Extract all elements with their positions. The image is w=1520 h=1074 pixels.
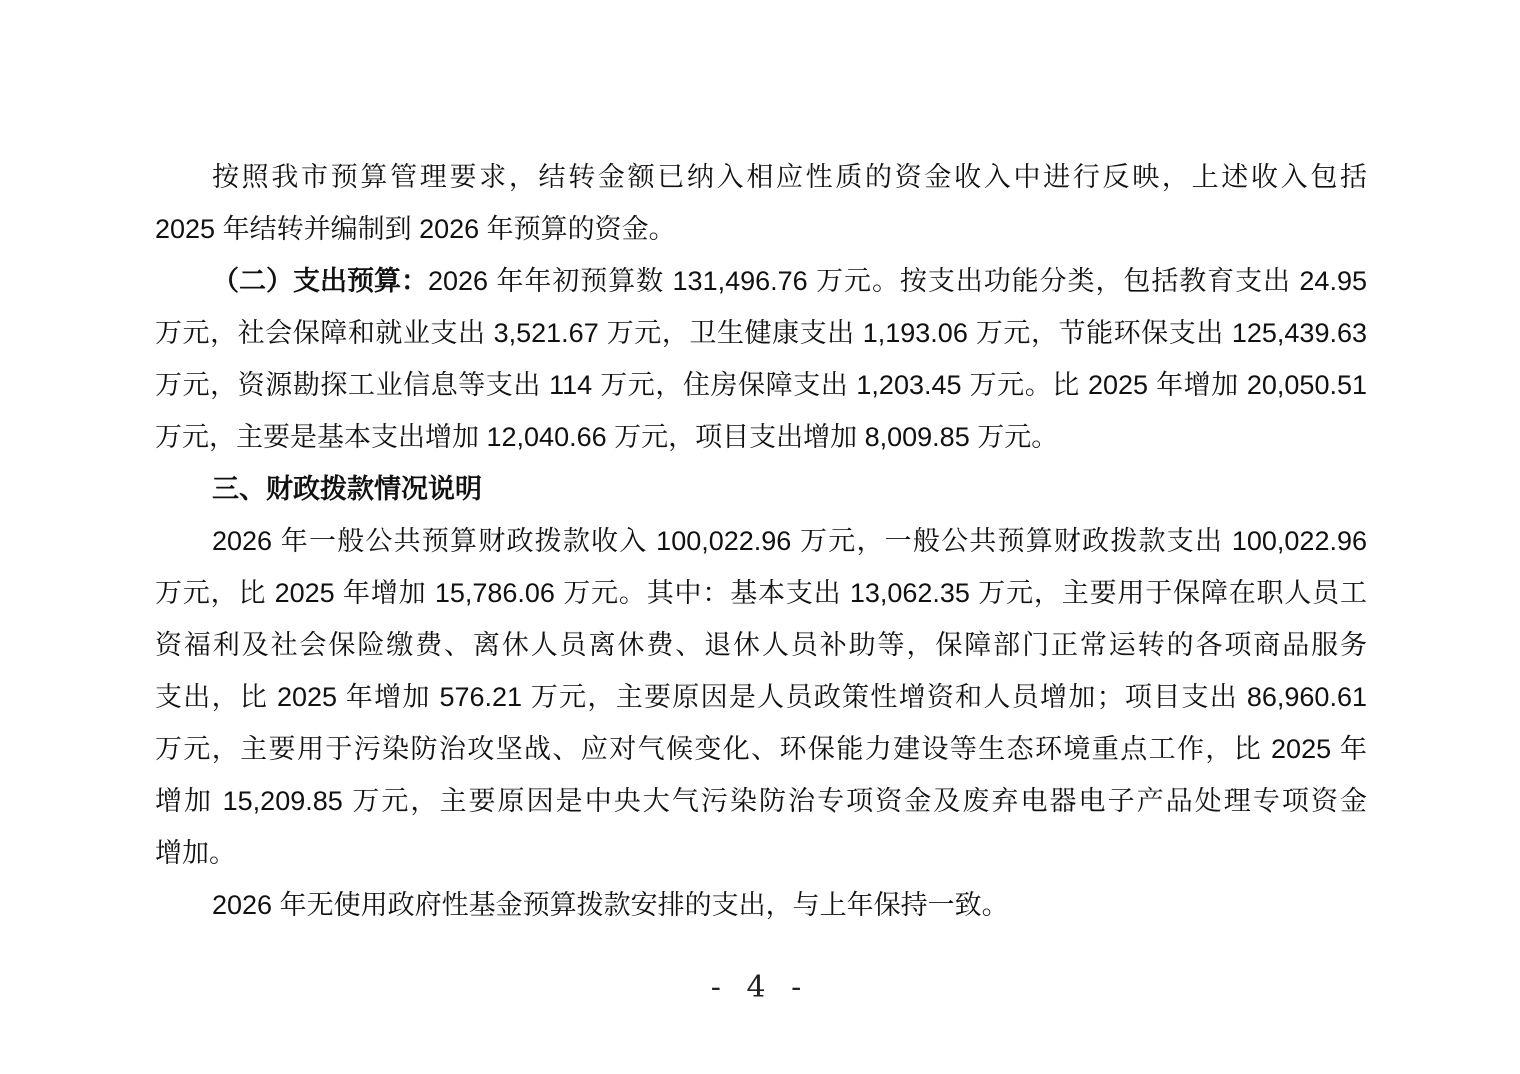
paragraph-1-line-2: 2025 年结转并编制到 2026 年预算的资金。 bbox=[155, 209, 676, 249]
paragraph-3-line-5: 万元，主要用于污染防治攻坚战、应对气候变化、环保能力建设等生态环境重点工作，比 … bbox=[155, 729, 1367, 769]
paragraph-3-line-2: 万元，比 2025 年增加 15,786.06 万元。其中：基本支出 13,06… bbox=[155, 573, 1367, 613]
paragraph-4-line-1: 2026 年无使用政府性基金预算拨款安排的支出，与上年保持一致。 bbox=[212, 885, 1367, 925]
paragraph-2-line-1-text: 2026 年年初预算数 131,496.76 万元。按支出功能分类，包括教育支出… bbox=[428, 261, 1367, 301]
paragraph-3-line-3: 资福利及社会保险缴费、离休人员离休费、退休人员补助等，保障部门正常运转的各项商品… bbox=[155, 625, 1367, 665]
paragraph-2-line-4: 万元，主要是基本支出增加 12,040.66 万元，项目支出增加 8,009.8… bbox=[155, 417, 1058, 457]
paragraph-2-line-3: 万元，资源勘探工业信息等支出 114 万元，住房保障支出 1,203.45 万元… bbox=[155, 365, 1367, 405]
section-3-heading: 三、财政拨款情况说明 bbox=[212, 469, 482, 509]
paragraph-3-line-4: 支出，比 2025 年增加 576.21 万元，主要原因是人员政策性增资和人员增… bbox=[155, 677, 1367, 717]
expenditure-budget-heading: （二）支出预算： bbox=[212, 261, 428, 301]
paragraph-3-line-1: 2026 年一般公共预算财政拨款收入 100,022.96 万元，一般公共预算财… bbox=[212, 521, 1367, 561]
page-number: - 4 - bbox=[0, 968, 1520, 1008]
paragraph-3-line-6: 增加 15,209.85 万元，主要原因是中央大气污染防治专项资金及废弃电器电子… bbox=[155, 781, 1367, 821]
paragraph-2-line-1: （二）支出预算： 2026 年年初预算数 131,496.76 万元。按支出功能… bbox=[212, 261, 1367, 301]
paragraph-3-line-7: 增加。 bbox=[155, 833, 236, 873]
document-page: 按照我市预算管理要求，结转金额已纳入相应性质的资金收入中进行反映，上述收入包括 … bbox=[0, 0, 1520, 1074]
paragraph-1-line-1: 按照我市预算管理要求，结转金额已纳入相应性质的资金收入中进行反映，上述收入包括 bbox=[212, 157, 1367, 197]
paragraph-2-line-2: 万元，社会保障和就业支出 3,521.67 万元，卫生健康支出 1,193.06… bbox=[155, 313, 1367, 353]
